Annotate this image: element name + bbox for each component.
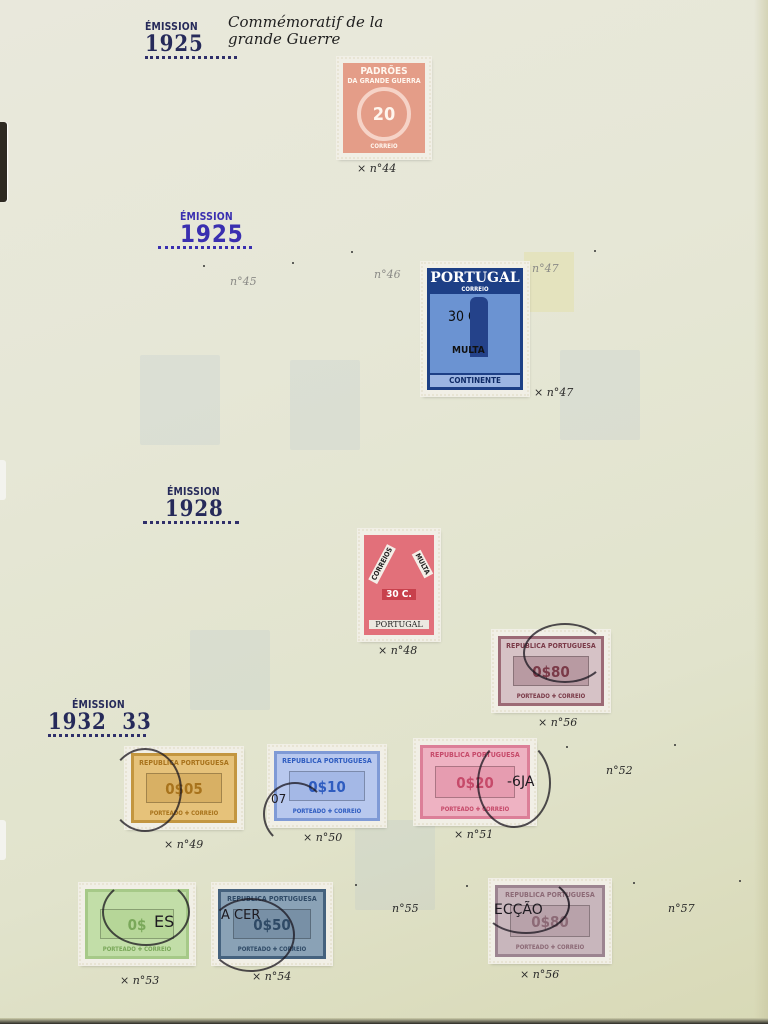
catalog-number-empty: n°55 — [392, 902, 419, 915]
emission-year: 1928 — [165, 498, 232, 520]
page-mark — [674, 744, 676, 746]
stamp-no48[interactable]: CORREIOS MULTA 30 C. PORTUGAL — [359, 530, 439, 640]
binder-tab — [0, 122, 7, 202]
catalog-number: × n°44 — [357, 162, 396, 175]
show-through — [290, 360, 360, 450]
stamp-no50[interactable]: REPUBLICA PORTUGUESA 0$10 PORTEADO ✚ COR… — [269, 746, 385, 826]
catalog-number-empty: n°46 — [374, 268, 401, 281]
stamp-no51[interactable]: REPUBLICA PORTUGUESA 0$20 PORTEADO ✚ COR… — [415, 740, 535, 824]
page-edge — [754, 0, 768, 1024]
page-mark — [292, 262, 294, 264]
stamp-no44[interactable]: PADRÕES DA GRANDE GUERRA 20 CORREIO — [338, 58, 430, 158]
stamp-no56[interactable]: REPUBLICA PORTUGUESA 0$80 PORTEADO ✚ COR… — [493, 631, 609, 711]
catalog-number: × n°48 — [378, 644, 417, 657]
stamp-medallion: 20 — [357, 87, 411, 141]
catalog-number: × n°56 — [538, 716, 577, 729]
emission-heading-1928: ÉMISSION 1928 — [143, 485, 239, 524]
show-through — [355, 820, 435, 910]
stamp-value: 30 C. — [382, 589, 416, 600]
stamp-face: PORTUGAL CORREIO 30 C MULTA CONTINENTE — [427, 268, 523, 390]
page-mark — [351, 251, 353, 253]
catalog-number-empty: n°57 — [668, 902, 695, 915]
binder-hole — [0, 460, 6, 500]
emission-year: 1925 — [180, 223, 245, 245]
emission-heading-1932-33: ÉMISSION 1932 33 — [48, 698, 163, 737]
stamp-no54[interactable]: REPUBLICA PORTUGUESA 0$50 PORTEADO ✚ COR… — [213, 884, 331, 964]
page-edge — [0, 1018, 768, 1024]
postmark — [108, 748, 182, 832]
page-mark — [739, 880, 741, 882]
page-mark — [633, 882, 635, 884]
show-through — [190, 630, 270, 710]
emission-heading-1925-commemorative: ÉMISSION 1925 — [145, 20, 237, 59]
postmark — [102, 878, 190, 946]
catalog-number-empty: n°47 — [532, 262, 559, 275]
emission-year: 1925 — [145, 33, 228, 55]
stamp-face: CORREIOS MULTA 30 C. PORTUGAL — [364, 535, 434, 635]
stamp-overprint: MULTA — [452, 345, 485, 356]
catalog-number: × n°56 — [520, 968, 559, 981]
emission-heading-1925: ÉMISSION 1925 — [158, 210, 252, 249]
catalog-number-empty: n°45 — [230, 275, 257, 288]
postmark — [523, 623, 607, 683]
page-mark — [355, 884, 357, 886]
empty-stamp-mount — [524, 252, 574, 312]
binder-hole — [0, 820, 6, 860]
catalog-number: × n°53 — [120, 974, 159, 987]
catalog-number: × n°50 — [303, 831, 342, 844]
stamp-face: PADRÕES DA GRANDE GUERRA 20 CORREIO — [343, 63, 425, 153]
stamp-no53[interactable]: 0$ PORTEADO ✚ CORREIO ES — [80, 884, 194, 964]
stamp-no56-second[interactable]: REPUBLICA PORTUGUESA 0$80 PORTEADO ✚ COR… — [490, 880, 610, 962]
stamp-no47[interactable]: PORTUGAL CORREIO 30 C MULTA CONTINENTE — [422, 263, 528, 395]
show-through — [140, 355, 220, 445]
catalog-number: × n°49 — [164, 838, 203, 851]
catalog-number: × n°47 — [534, 386, 573, 399]
page-mark — [466, 885, 468, 887]
page-mark — [203, 265, 205, 267]
catalog-number: × n°51 — [454, 828, 493, 841]
page-mark — [566, 746, 568, 748]
stamp-no49[interactable]: REPUBLICA PORTUGUESA 0$05 PORTEADO ✚ COR… — [126, 748, 242, 828]
handwritten-note: Commémoratif de la grande Guerre — [228, 14, 383, 48]
catalog-number-empty: n°52 — [606, 764, 633, 777]
emission-year: 1932 33 — [48, 711, 152, 733]
page-mark — [594, 250, 596, 252]
catalog-number: × n°54 — [252, 970, 291, 983]
